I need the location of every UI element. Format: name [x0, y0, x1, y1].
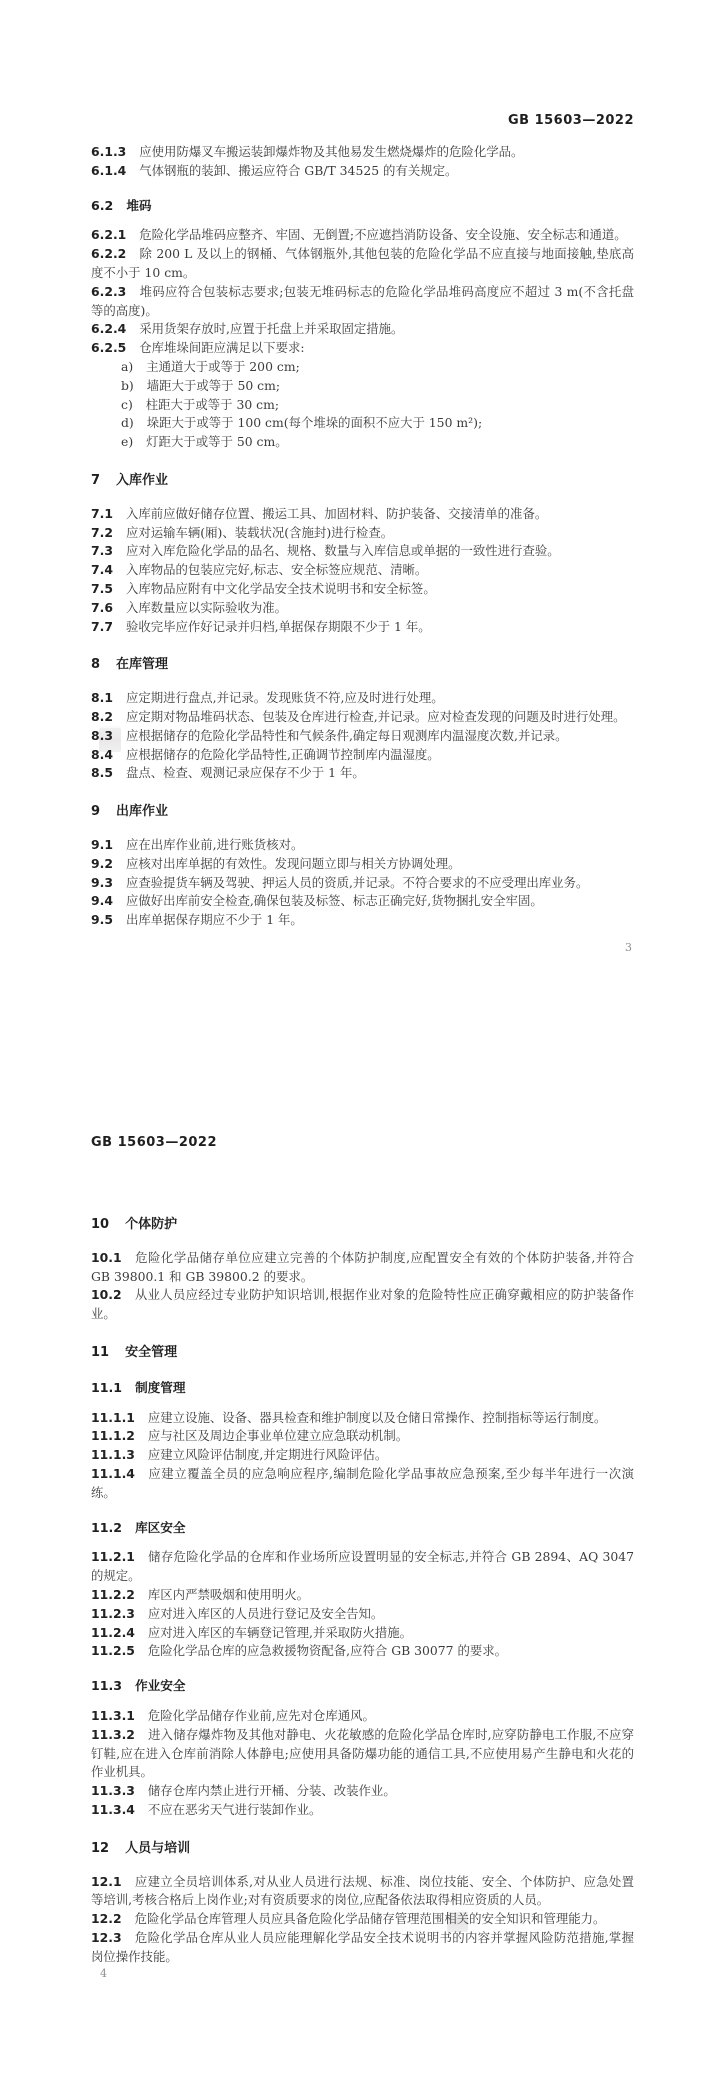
clause-8.3: 8.3应根据储存的危险化学品特性和气候条件,确定每日观测库内温湿度次数,并记录。	[91, 727, 634, 746]
clause-8.1: 8.1应定期进行盘点,并记录。发现账货不符,应及时进行处理。	[91, 689, 634, 708]
clause-6.2.1: 6.2.1危险化学品堆码应整齐、牢固、无倒置;不应遮挡消防设备、安全设施、安全标…	[91, 226, 634, 245]
clause-text: 应使用防爆叉车搬运装卸爆炸物及其他易发生燃烧爆炸的危险化学品。	[139, 144, 523, 159]
section-heading-7: 7入库作业	[91, 472, 634, 491]
clause-number: 11.1.4	[91, 1466, 135, 1481]
page-1-content: 6.1.3应使用防爆叉车搬运装卸爆炸物及其他易发生燃烧爆炸的危险化学品。6.1.…	[0, 0, 720, 930]
list-item-a: a)主通道大于或等于 200 cm;	[91, 358, 634, 377]
clause-text: 储存危险化学品的仓库和作业场所应设置明显的安全标志,并符合 GB 2894、AQ…	[91, 1549, 634, 1583]
clause-text: 危险化学品仓库从业人员应能理解化学品安全技术说明书的内容并掌握风险防范措施,掌握…	[91, 1930, 634, 1964]
list-marker: c)	[121, 397, 133, 412]
clause-number: 7.2	[91, 525, 113, 540]
clause-12.1: 12.1应建立全员培训体系,对从业人员进行法规、标准、岗位技能、安全、个体防护、…	[91, 1873, 634, 1911]
page-1: GB 15603—2022 6.1.3应使用防爆叉车搬运装卸爆炸物及其他易发生燃…	[0, 0, 720, 1038]
list-marker: d)	[121, 415, 134, 430]
heading-text: 库区安全	[135, 1520, 185, 1535]
clause-7.7: 7.7验收完毕应作好记录并归档,单据保存期限不少于 1 年。	[91, 618, 634, 637]
heading-text: 制度管理	[135, 1380, 185, 1395]
clause-text: 储存仓库内禁止进行开桶、分装、改装作业。	[148, 1783, 396, 1798]
clause-text: 应建立覆盖全员的应急响应程序,编制危险化学品事故应急预案,至少每半年进行一次演练…	[91, 1466, 634, 1500]
section-heading-6.2: 6.2堆码	[91, 197, 634, 216]
clause-text: 堆码应符合包装标志要求;包装无堆码标志的危险化学品堆码高度应不超过 3 m(不含…	[91, 284, 634, 318]
clause-9.4: 9.4应做好出库前安全检查,确保包装及标签、标志正确完好,货物捆扎安全牢固。	[91, 892, 634, 911]
clause-number: 11.2.5	[91, 1643, 135, 1658]
clause-number: 9.5	[91, 912, 113, 927]
clause-9.3: 9.3应查验提货车辆及驾驶、押运人员的资质,并记录。不符合要求的不应受理出库业务…	[91, 874, 634, 893]
clause-10.1: 10.1危险化学品储存单位应建立完善的个体防护制度,应配置安全有效的个体防护装备…	[91, 1249, 634, 1287]
clause-text: 不应在恶劣天气进行装卸作业。	[148, 1802, 321, 1817]
clause-number: 11.2.2	[91, 1587, 135, 1602]
clause-text: 应在出库作业前,进行账货核对。	[126, 837, 303, 852]
clause-text: 入库物品应附有中文化学品安全技术说明书和安全标签。	[126, 581, 436, 596]
clause-number: 11.2.1	[91, 1549, 135, 1564]
clause-text: 仓库堆垛间距应满足以下要求:	[139, 340, 304, 355]
section-heading-11.3: 11.3作业安全	[91, 1677, 634, 1696]
clause-text: 应对进入库区的车辆登记管理,并采取防火措施。	[148, 1625, 412, 1640]
clause-9.5: 9.5出库单据保存期应不少于 1 年。	[91, 911, 634, 930]
clause-7.3: 7.3应对入库危险化学品的品名、规格、数量与入库信息或单据的一致性进行查验。	[91, 542, 634, 561]
clause-number: 11.2.3	[91, 1606, 135, 1621]
clause-11.1.1: 11.1.1应建立设施、设备、器具检查和维护制度以及仓储日常操作、控制指标等运行…	[91, 1409, 634, 1428]
clause-text: 应定期进行盘点,并记录。发现账货不符,应及时进行处理。	[126, 690, 444, 705]
page-2-content: 10个体防护10.1危险化学品储存单位应建立完善的个体防护制度,应配置安全有效的…	[0, 1038, 720, 1967]
clause-text: 应根据储存的危险化学品特性,正确调节控制库内温湿度。	[126, 747, 440, 762]
heading-text: 个体防护	[125, 1217, 177, 1232]
clause-text: 危险化学品储存作业前,应先对仓库通风。	[148, 1708, 375, 1723]
clause-6.1.3: 6.1.3应使用防爆叉车搬运装卸爆炸物及其他易发生燃烧爆炸的危险化学品。	[91, 143, 634, 162]
clause-number: 11.3.1	[91, 1708, 135, 1723]
clause-text: 主通道大于或等于 200 cm;	[146, 359, 300, 374]
heading-text: 堆码	[126, 198, 151, 213]
clause-number: 12.1	[91, 1874, 122, 1889]
clause-6.2.3: 6.2.3堆码应符合包装标志要求;包装无堆码标志的危险化学品堆码高度应不超过 3…	[91, 283, 634, 321]
clause-text: 库区内严禁吸烟和使用明火。	[148, 1587, 309, 1602]
clause-number: 12	[91, 1841, 109, 1856]
clause-number: 11.3.3	[91, 1783, 135, 1798]
clause-11.3.3: 11.3.3储存仓库内禁止进行开桶、分装、改装作业。	[91, 1782, 634, 1801]
heading-text: 入库作业	[116, 473, 168, 488]
list-item-b: b)墙距大于或等于 50 cm;	[91, 377, 634, 396]
clause-10.2: 10.2从业人员应经过专业防护知识培训,根据作业对象的危险特性应正确穿戴相应的防…	[91, 1286, 634, 1324]
clause-number: 7	[91, 473, 100, 488]
clause-11.3.2: 11.3.2进入储存爆炸物及其他对静电、火花敏感的危险化学品仓库时,应穿防静电工…	[91, 1726, 634, 1782]
clause-text: 进入储存爆炸物及其他对静电、火花敏感的危险化学品仓库时,应穿防静电工作服,不应穿…	[91, 1727, 634, 1780]
clause-number: 6.2.3	[91, 284, 126, 299]
clause-number: 11.2	[91, 1520, 122, 1535]
clause-number: 7.5	[91, 581, 113, 596]
heading-text: 人员与培训	[125, 1841, 190, 1856]
clause-number: 7.4	[91, 562, 113, 577]
clause-number: 11.1.2	[91, 1428, 135, 1443]
clause-number: 10.1	[91, 1250, 122, 1265]
clause-number: 8.1	[91, 690, 113, 705]
clause-number: 12.3	[91, 1930, 122, 1945]
heading-text: 在库管理	[116, 657, 168, 672]
clause-11.2.3: 11.2.3应对进入库区的人员进行登记及安全告知。	[91, 1605, 634, 1624]
clause-number: 6.2.2	[91, 246, 126, 261]
clause-number: 11.1.3	[91, 1447, 135, 1462]
clause-9.1: 9.1应在出库作业前,进行账货核对。	[91, 836, 634, 855]
clause-number: 11.3.2	[91, 1727, 135, 1742]
section-heading-11.2: 11.2库区安全	[91, 1519, 634, 1538]
clause-number: 7.1	[91, 506, 113, 521]
clause-text: 入库数量应以实际验收为准。	[126, 600, 287, 615]
clause-number: 8.5	[91, 765, 113, 780]
clause-text: 垛距大于或等于 100 cm(每个堆垛的面积不应大于 150 m²);	[147, 415, 482, 430]
page-number-4: 4	[100, 1967, 107, 1980]
clause-text: 应核对出库单据的有效性。发现问题立即与相关方协调处理。	[126, 856, 461, 871]
clause-number: 9.4	[91, 893, 113, 908]
clause-number: 11.1	[91, 1380, 122, 1395]
heading-text: 作业安全	[135, 1678, 185, 1693]
clause-text: 应对入库危险化学品的品名、规格、数量与入库信息或单据的一致性进行查验。	[126, 543, 560, 558]
list-item-e: e)灯距大于或等于 50 cm。	[91, 433, 634, 452]
section-heading-11: 11安全管理	[91, 1344, 634, 1363]
clause-7.6: 7.6入库数量应以实际验收为准。	[91, 599, 634, 618]
clause-number: 9.1	[91, 837, 113, 852]
clause-number: 6.1.4	[91, 163, 126, 178]
clause-number: 11.3.4	[91, 1802, 135, 1817]
clause-number: 6.2	[91, 198, 113, 213]
clause-11.1.2: 11.1.2应与社区及周边企事业单位建立应急联动机制。	[91, 1427, 634, 1446]
clause-text: 出库单据保存期应不少于 1 年。	[126, 912, 303, 927]
list-item-d: d)垛距大于或等于 100 cm(每个堆垛的面积不应大于 150 m²);	[91, 414, 634, 433]
list-marker: a)	[121, 359, 133, 374]
clause-text: 盘点、检查、观测记录应保存不少于 1 年。	[126, 765, 365, 780]
clause-number: 10.2	[91, 1287, 122, 1302]
clause-number: 12.2	[91, 1911, 122, 1926]
page-2: GB 15603—2022 10个体防护10.1危险化学品储存单位应建立完善的个…	[0, 1038, 720, 2076]
clause-text: 应对进入库区的人员进行登记及安全告知。	[148, 1606, 383, 1621]
clause-number: 6.1.3	[91, 144, 126, 159]
clause-number: 8.4	[91, 747, 113, 762]
clause-8.2: 8.2应定期对物品堆码状态、包装及仓库进行检查,并记录。应对检查发现的问题及时进…	[91, 708, 634, 727]
clause-text: 墙距大于或等于 50 cm;	[147, 378, 280, 393]
clause-text: 柱距大于或等于 30 cm;	[146, 397, 279, 412]
clause-11.1.4: 11.1.4应建立覆盖全员的应急响应程序,编制危险化学品事故应急预案,至少每半年…	[91, 1465, 634, 1503]
list-marker: b)	[121, 378, 134, 393]
clause-text: 应根据储存的危险化学品特性和气候条件,确定每日观测库内温湿度次数,并记录。	[126, 728, 568, 743]
clause-12.3: 12.3危险化学品仓库从业人员应能理解化学品安全技术说明书的内容并掌握风险防范措…	[91, 1929, 634, 1967]
heading-text: 出库作业	[116, 804, 168, 819]
clause-7.4: 7.4入库物品的包装应完好,标志、安全标签应规范、清晰。	[91, 561, 634, 580]
clause-text: 验收完毕应作好记录并归档,单据保存期限不少于 1 年。	[126, 619, 431, 634]
clause-11.2.1: 11.2.1储存危险化学品的仓库和作业场所应设置明显的安全标志,并符合 GB 2…	[91, 1548, 634, 1586]
clause-12.2: 12.2危险化学品仓库管理人员应具备危险化学品储存管理范围相关的安全知识和管理能…	[91, 1910, 634, 1929]
clause-text: 从业人员应经过专业防护知识培训,根据作业对象的危险特性应正确穿戴相应的防护装备作…	[91, 1287, 634, 1321]
clause-number: 9.3	[91, 875, 113, 890]
clause-7.2: 7.2应对运输车辆(厢)、装载状况(含施封)进行检查。	[91, 524, 634, 543]
clause-text: 采用货架存放时,应置于托盘上并采取固定措施。	[139, 321, 403, 336]
clause-7.1: 7.1入库前应做好储存位置、搬运工具、加固材料、防护装备、交接清单的准备。	[91, 505, 634, 524]
clause-text: 入库物品的包装应完好,标志、安全标签应规范、清晰。	[126, 562, 427, 577]
clause-number: 10	[91, 1217, 109, 1232]
clause-11.2.5: 11.2.5危险化学品仓库的应急救援物资配备,应符合 GB 30077 的要求。	[91, 1642, 634, 1661]
clause-number: 9	[91, 804, 100, 819]
clause-7.5: 7.5入库物品应附有中文化学品安全技术说明书和安全标签。	[91, 580, 634, 599]
clause-8.5: 8.5盘点、检查、观测记录应保存不少于 1 年。	[91, 764, 634, 783]
heading-text: 安全管理	[125, 1345, 177, 1360]
clause-number: 6.2.1	[91, 227, 126, 242]
page-number-3: 3	[625, 941, 632, 954]
clause-11.3.1: 11.3.1危险化学品储存作业前,应先对仓库通风。	[91, 1707, 634, 1726]
clause-text: 应定期对物品堆码状态、包装及仓库进行检查,并记录。应对检查发现的问题及时进行处理…	[126, 709, 626, 724]
clause-text: 危险化学品仓库管理人员应具备危险化学品储存管理范围相关的安全知识和管理能力。	[135, 1911, 606, 1926]
clause-number: 7.7	[91, 619, 113, 634]
clause-number: 7.6	[91, 600, 113, 615]
clause-text: 应对运输车辆(厢)、装载状况(含施封)进行检查。	[126, 525, 393, 540]
clause-number: 11.1.1	[91, 1410, 135, 1425]
clause-number: 6.2.4	[91, 321, 126, 336]
clause-number: 11	[91, 1345, 109, 1360]
section-heading-9: 9出库作业	[91, 803, 634, 822]
clause-9.2: 9.2应核对出库单据的有效性。发现问题立即与相关方协调处理。	[91, 855, 634, 874]
clause-text: 危险化学品储存单位应建立完善的个体防护制度,应配置安全有效的个体防护装备,并符合…	[91, 1250, 634, 1284]
clause-8.4: 8.4应根据储存的危险化学品特性,正确调节控制库内温湿度。	[91, 746, 634, 765]
clause-number: 9.2	[91, 856, 113, 871]
list-marker: e)	[121, 434, 133, 449]
clause-text: 应与社区及周边企事业单位建立应急联动机制。	[148, 1428, 408, 1443]
clause-text: 应建立全员培训体系,对从业人员进行法规、标准、岗位技能、安全、个体防护、应急处置…	[91, 1874, 634, 1908]
clause-text: 应建立设施、设备、器具检查和维护制度以及仓储日常操作、控制指标等运行制度。	[148, 1410, 606, 1425]
clause-6.2.5: 6.2.5仓库堆垛间距应满足以下要求:	[91, 339, 634, 358]
clause-6.2.4: 6.2.4采用货架存放时,应置于托盘上并采取固定措施。	[91, 320, 634, 339]
clause-text: 除 200 L 及以上的钢桶、气体钢瓶外,其他包装的危险化学品不应直接与地面接触…	[91, 246, 634, 280]
clause-number: 7.3	[91, 543, 113, 558]
clause-number: 8	[91, 657, 100, 672]
clause-text: 应建立风险评估制度,并定期进行风险评估。	[148, 1447, 387, 1462]
standard-document-view: GB 15603—2022 6.1.3应使用防爆叉车搬运装卸爆炸物及其他易发生燃…	[0, 0, 720, 2076]
clause-11.1.3: 11.1.3应建立风险评估制度,并定期进行风险评估。	[91, 1446, 634, 1465]
list-item-c: c)柱距大于或等于 30 cm;	[91, 396, 634, 415]
clause-11.2.2: 11.2.2库区内严禁吸烟和使用明火。	[91, 1586, 634, 1605]
clause-text: 危险化学品仓库的应急救援物资配备,应符合 GB 30077 的要求。	[148, 1643, 507, 1658]
section-heading-10: 10个体防护	[91, 1216, 634, 1235]
clause-text: 气体钢瓶的装卸、搬运应符合 GB/T 34525 的有关规定。	[139, 163, 457, 178]
clause-text: 灯距大于或等于 50 cm。	[146, 434, 287, 449]
clause-text: 应查验提货车辆及驾驶、押运人员的资质,并记录。不符合要求的不应受理出库业务。	[126, 875, 588, 890]
clause-number: 6.2.5	[91, 340, 126, 355]
clause-11.3.4: 11.3.4不应在恶劣天气进行装卸作业。	[91, 1801, 634, 1820]
clause-text: 应做好出库前安全检查,确保包装及标签、标志正确完好,货物捆扎安全牢固。	[126, 893, 543, 908]
clause-6.2.2: 6.2.2除 200 L 及以上的钢桶、气体钢瓶外,其他包装的危险化学品不应直接…	[91, 245, 634, 283]
clause-text: 入库前应做好储存位置、搬运工具、加固材料、防护装备、交接清单的准备。	[126, 506, 547, 521]
section-heading-11.1: 11.1制度管理	[91, 1379, 634, 1398]
clause-number: 8.2	[91, 709, 113, 724]
clause-number: 11.2.4	[91, 1625, 135, 1640]
clause-number: 11.3	[91, 1678, 122, 1693]
clause-number: 8.3	[91, 728, 113, 743]
clause-11.2.4: 11.2.4应对进入库区的车辆登记管理,并采取防火措施。	[91, 1624, 634, 1643]
section-heading-8: 8在库管理	[91, 656, 634, 675]
section-heading-12: 12人员与培训	[91, 1840, 634, 1859]
clause-6.1.4: 6.1.4气体钢瓶的装卸、搬运应符合 GB/T 34525 的有关规定。	[91, 162, 634, 181]
clause-text: 危险化学品堆码应整齐、牢固、无倒置;不应遮挡消防设备、安全设施、安全标志和通道。	[139, 227, 626, 242]
